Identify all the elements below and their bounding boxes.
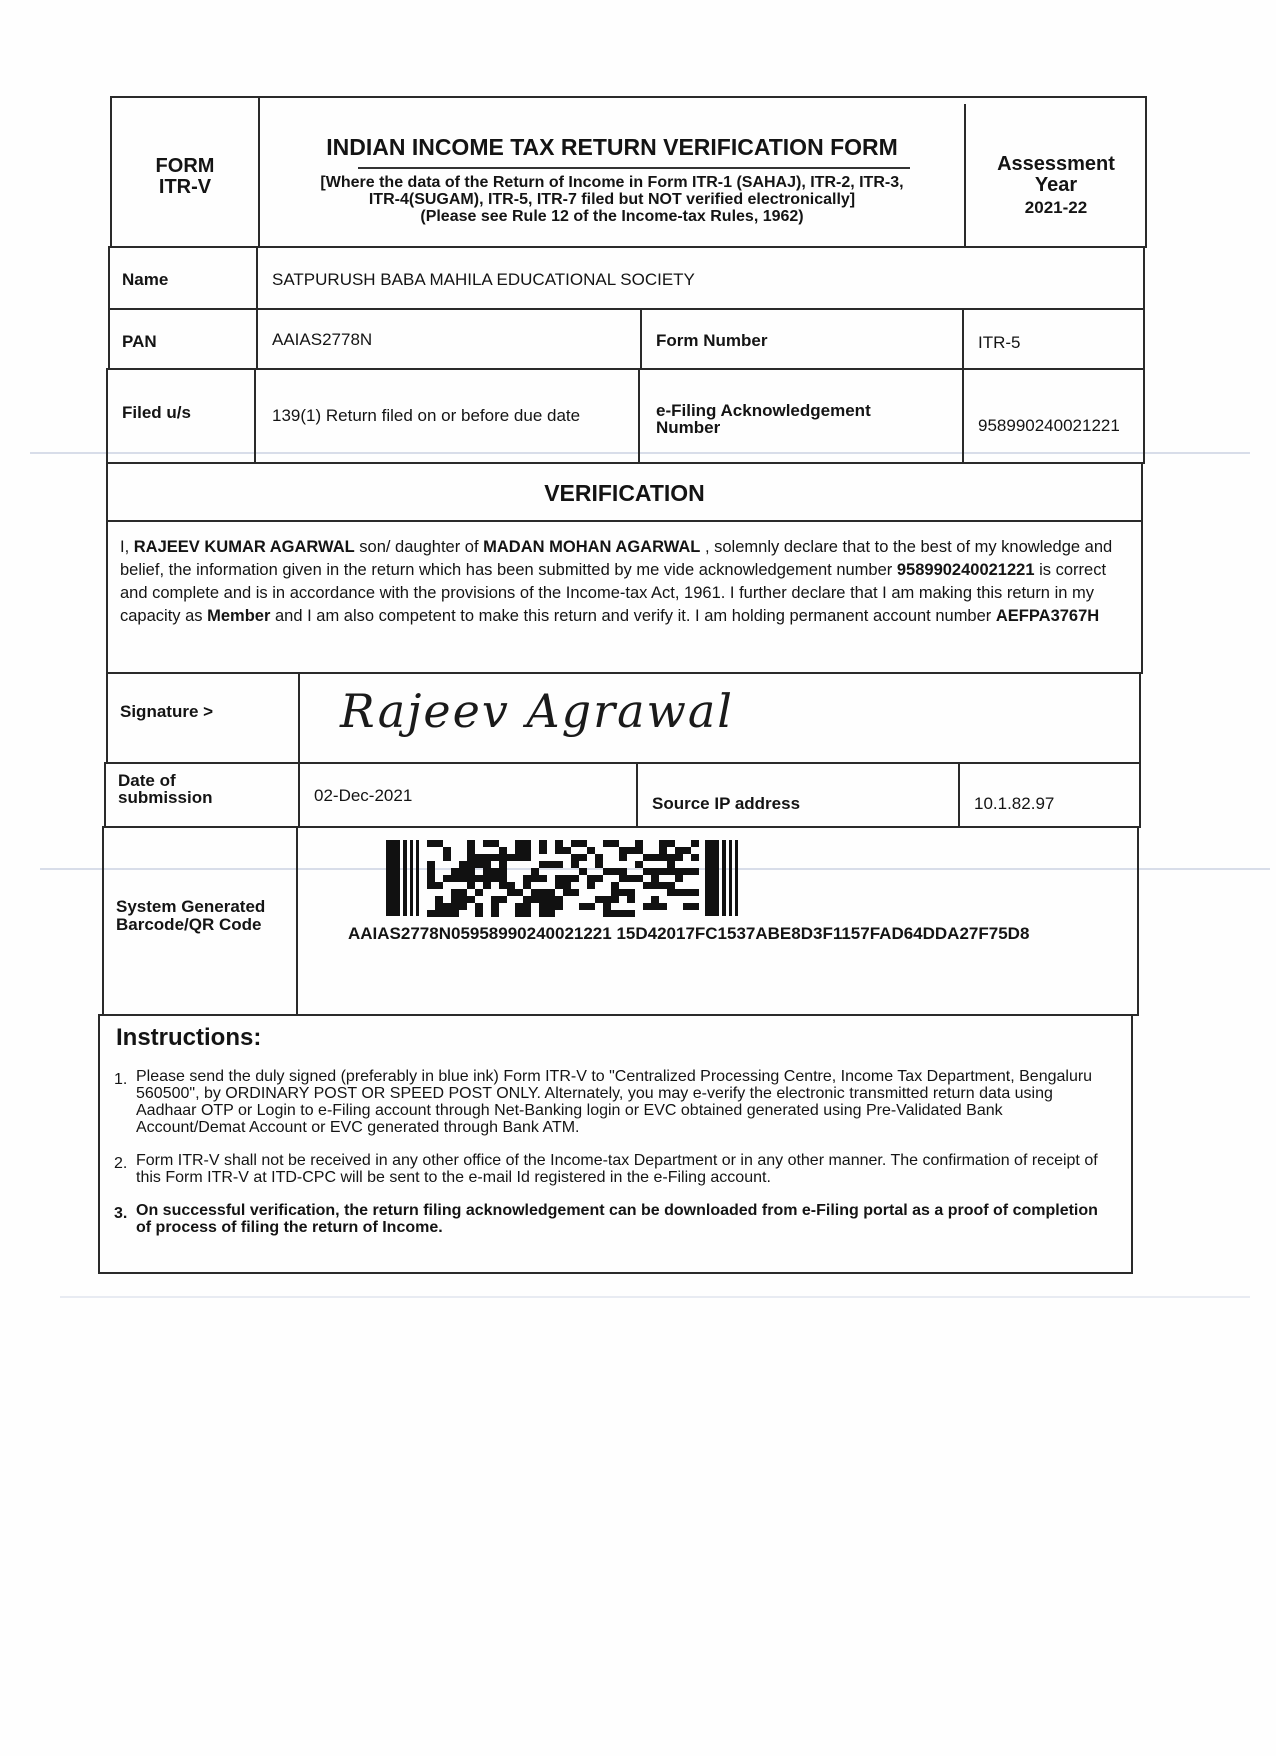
form-number-label: Form Number xyxy=(656,331,767,351)
submission-date: 02-Dec-2021 xyxy=(314,786,412,806)
declaration-ack-number: 958990240021221 xyxy=(897,561,1035,579)
form-label: FORM ITR-V xyxy=(112,156,258,198)
itr-v-page: FORM ITR-V INDIAN INCOME TAX RETURN VERI… xyxy=(0,0,1276,1756)
filed-us-value: 139(1) Return filed on or before due dat… xyxy=(272,406,580,426)
declarant-pan: AEFPA3767H xyxy=(996,607,1099,625)
assessment-year-value: 2021-22 xyxy=(966,198,1146,218)
form-subtitle: [Where the data of the Return of Income … xyxy=(260,174,964,225)
date-label: Date of submission xyxy=(118,772,212,806)
filed-us-label: Filed u/s xyxy=(122,403,191,423)
instruction-item: 1. Please send the duly signed (preferab… xyxy=(114,1068,1114,1136)
ack-number-label: e-Filing Acknowledgement Number xyxy=(656,402,871,436)
instruction-item: 2. Form ITR-V shall not be received in a… xyxy=(114,1152,1114,1186)
parent-name: MADAN MOHAN AGARWAL xyxy=(483,538,700,556)
pan-label: PAN xyxy=(122,332,157,352)
name-value: SATPURUSH BABA MAHILA EDUCATIONAL SOCIET… xyxy=(272,270,695,290)
instruction-item: 3. On successful verification, the retur… xyxy=(114,1202,1114,1236)
pan-value: AAIAS2778N xyxy=(272,330,372,350)
signature-label: Signature > xyxy=(120,702,213,722)
source-ip-label: Source IP address xyxy=(652,794,800,814)
name-label: Name xyxy=(122,270,168,290)
page-title: INDIAN INCOME TAX RETURN VERIFICATION FO… xyxy=(260,134,964,161)
barcode-matrix xyxy=(427,840,699,916)
pdf417-barcode xyxy=(386,840,741,916)
barcode-text: AAIAS2778N05958990240021221 15D42017FC15… xyxy=(348,924,1029,944)
declarant-capacity: Member xyxy=(207,607,270,625)
assessment-year-label: Assessment Year xyxy=(966,154,1146,196)
form-number-value: ITR-5 xyxy=(978,333,1021,353)
source-ip-value: 10.1.82.97 xyxy=(974,794,1054,814)
declarant-name: RAJEEV KUMAR AGARWAL xyxy=(134,538,355,556)
instructions-heading: Instructions: xyxy=(116,1024,261,1052)
signature: Rajeev Agrawal xyxy=(340,684,734,738)
scan-artifact xyxy=(60,1296,1250,1298)
ack-number-value: 958990240021221 xyxy=(978,416,1120,436)
declaration-text: I, RAJEEV KUMAR AGARWAL son/ daughter of… xyxy=(120,536,1120,628)
title-underline xyxy=(358,167,910,169)
verification-heading: VERIFICATION xyxy=(106,480,1143,507)
barcode-label: System Generated Barcode/QR Code xyxy=(116,898,265,934)
